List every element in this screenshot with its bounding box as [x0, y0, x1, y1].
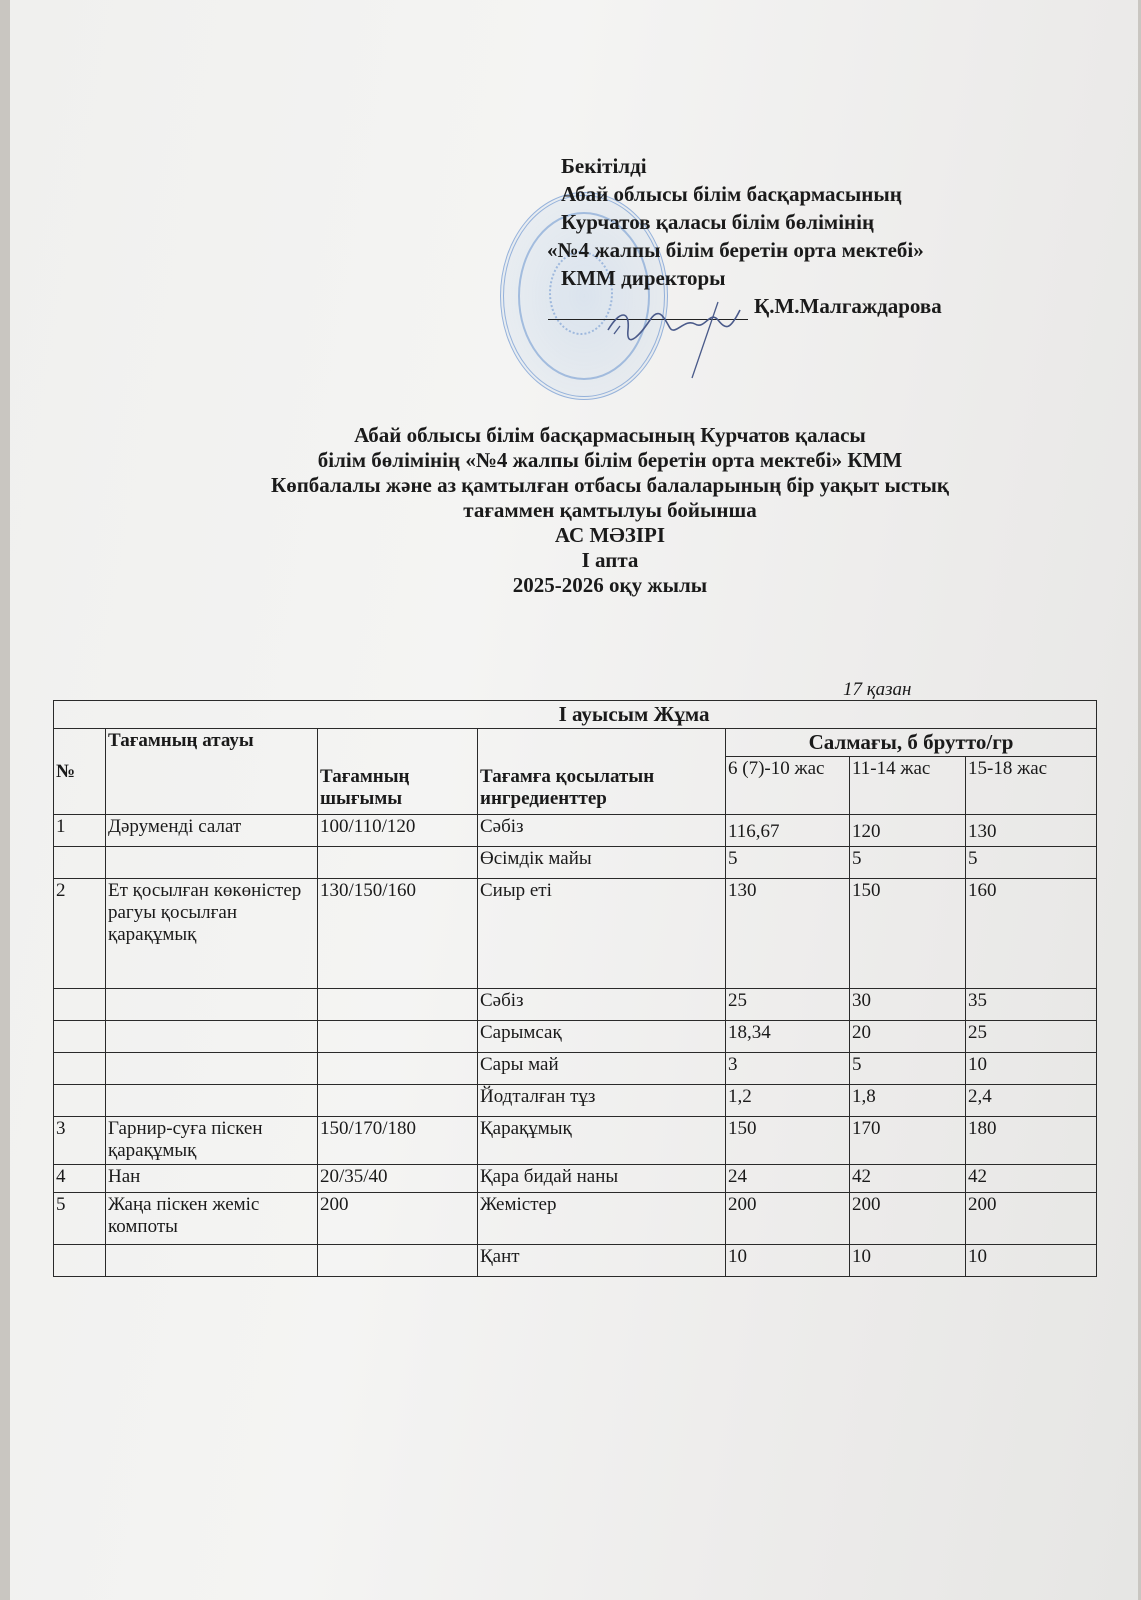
cell-age-11-14: 10	[850, 1245, 966, 1277]
cell-age-11-14: 1,8	[850, 1085, 966, 1117]
cell-age-6-10: 116,67	[726, 815, 850, 847]
shift-header: І ауысым Жұма	[54, 701, 1097, 729]
cell-ingredient: Сиыр еті	[478, 879, 726, 989]
cell-dish-name	[106, 1085, 318, 1117]
cell-no: 1	[54, 815, 106, 847]
cell-age-15-18: 130	[966, 815, 1097, 847]
header-age-6-10: 6 (7)-10 жас	[726, 757, 850, 815]
cell-output	[318, 847, 478, 879]
cell-age-11-14: 120	[850, 815, 966, 847]
table-row: Сәбіз253035	[54, 989, 1097, 1021]
cell-age-15-18: 160	[966, 879, 1097, 989]
cell-output: 130/150/160	[318, 879, 478, 989]
cell-output	[318, 1021, 478, 1053]
table-row: Қант101010	[54, 1245, 1097, 1277]
cell-ingredient: Қарақұмық	[478, 1117, 726, 1165]
cell-age-15-18: 2,4	[966, 1085, 1097, 1117]
title-line: Абай облысы білім басқармасының Курчатов…	[140, 423, 1080, 448]
cell-age-6-10: 10	[726, 1245, 850, 1277]
cell-age-6-10: 24	[726, 1165, 850, 1193]
cell-no: 2	[54, 879, 106, 989]
cell-output	[318, 1085, 478, 1117]
cell-age-11-14: 5	[850, 1053, 966, 1085]
cell-age-15-18: 10	[966, 1053, 1097, 1085]
title-line: тағаммен қамтылуы бойынша	[140, 498, 1080, 523]
table-row: 5Жаңа піскен жеміс компоты200Жемістер200…	[54, 1193, 1097, 1245]
cell-no: 3	[54, 1117, 106, 1165]
cell-ingredient: Қант	[478, 1245, 726, 1277]
cell-ingredient: Жемістер	[478, 1193, 726, 1245]
cell-output	[318, 1245, 478, 1277]
cell-age-15-18: 5	[966, 847, 1097, 879]
table-row: 1Дәрумендi салат100/110/120Сәбіз116,6712…	[54, 815, 1097, 847]
cell-dish-name: Гарнир-суға піскен қарақұмық	[106, 1117, 318, 1165]
table-row: Сарымсақ18,342025	[54, 1021, 1097, 1053]
cell-age-6-10: 5	[726, 847, 850, 879]
cell-no	[54, 1021, 106, 1053]
cell-age-11-14: 200	[850, 1193, 966, 1245]
cell-ingredient: Өсімдік майы	[478, 847, 726, 879]
header-output: Тағамның шығымы	[318, 729, 478, 815]
title-line: Көпбалалы және аз қамтылған отбасы балал…	[140, 473, 1080, 498]
cell-output	[318, 1053, 478, 1085]
header-ingredients: Тағамға қосылатын ингредиенттер	[478, 729, 726, 815]
table-row: 2Ет қосылған көкөністер рагуы қосылған қ…	[54, 879, 1097, 989]
cell-dish-name: Жаңа піскен жеміс компоты	[106, 1193, 318, 1245]
cell-age-11-14: 170	[850, 1117, 966, 1165]
cell-age-15-18: 200	[966, 1193, 1097, 1245]
cell-age-15-18: 25	[966, 1021, 1097, 1053]
menu-table: І ауысым Жұма № Тағамның атауы Тағамның …	[53, 700, 1097, 1277]
document-title: Абай облысы білім басқармасының Курчатов…	[140, 423, 1080, 598]
cell-dish-name	[106, 1021, 318, 1053]
table-row: 4Нан20/35/40Қара бидай наны244242	[54, 1165, 1097, 1193]
cell-output: 200	[318, 1193, 478, 1245]
cell-age-11-14: 42	[850, 1165, 966, 1193]
cell-dish-name	[106, 1245, 318, 1277]
cell-dish-name: Ет қосылған көкөністер рагуы қосылған қа…	[106, 879, 318, 989]
header-age-11-14: 11-14 жас	[850, 757, 966, 815]
table-row: 3Гарнир-суға піскен қарақұмық150/170/180…	[54, 1117, 1097, 1165]
cell-dish-name: Нан	[106, 1165, 318, 1193]
document-page: Бекітілді Абай облысы білім басқармасыны…	[10, 0, 1138, 1600]
cell-output: 150/170/180	[318, 1117, 478, 1165]
cell-ingredient: Сары май	[478, 1053, 726, 1085]
header-dish-name: Тағамның атауы	[106, 729, 318, 815]
week-label: І апта	[140, 548, 1080, 573]
approval-line: «№4 жалпы білім беретін орта мектебі»	[547, 236, 942, 264]
cell-no	[54, 1053, 106, 1085]
cell-dish-name	[106, 1053, 318, 1085]
cell-age-6-10: 150	[726, 1117, 850, 1165]
approval-line: Бекітілді	[561, 152, 942, 180]
table-row: Сары май3510	[54, 1053, 1097, 1085]
school-year: 2025-2026 оқу жылы	[140, 573, 1080, 598]
cell-age-15-18: 42	[966, 1165, 1097, 1193]
signer-name: Қ.М.Малгаждарова	[754, 294, 942, 318]
cell-no	[54, 989, 106, 1021]
approval-line: Курчатов қаласы білім бөлімінің	[561, 208, 942, 236]
cell-age-11-14: 5	[850, 847, 966, 879]
cell-no: 5	[54, 1193, 106, 1245]
cell-ingredient: Сәбіз	[478, 815, 726, 847]
cell-age-15-18: 35	[966, 989, 1097, 1021]
cell-age-15-18: 180	[966, 1117, 1097, 1165]
cell-ingredient: Қара бидай наны	[478, 1165, 726, 1193]
cell-output	[318, 989, 478, 1021]
approval-line: Абай облысы білім басқармасының	[561, 180, 942, 208]
cell-dish-name	[106, 989, 318, 1021]
cell-age-11-14: 30	[850, 989, 966, 1021]
cell-age-6-10: 200	[726, 1193, 850, 1245]
cell-ingredient: Сәбіз	[478, 989, 726, 1021]
header-weight-group: Салмағы, б брутто/гр	[726, 729, 1097, 757]
cell-no	[54, 1085, 106, 1117]
title-line: білім бөлімінің «№4 жалпы білім беретін …	[140, 448, 1080, 473]
cell-age-11-14: 20	[850, 1021, 966, 1053]
cell-no	[54, 1245, 106, 1277]
cell-age-6-10: 3	[726, 1053, 850, 1085]
cell-dish-name: Дәрумендi салат	[106, 815, 318, 847]
table-row: Өсімдік майы555	[54, 847, 1097, 879]
table-row: Йодталған тұз1,21,82,4	[54, 1085, 1097, 1117]
cell-ingredient: Йодталған тұз	[478, 1085, 726, 1117]
cell-dish-name	[106, 847, 318, 879]
approval-line: КММ директоры	[561, 264, 942, 292]
cell-age-6-10: 130	[726, 879, 850, 989]
cell-age-15-18: 10	[966, 1245, 1097, 1277]
menu-heading: АС МӘЗІРІ	[140, 523, 1080, 548]
cell-no: 4	[54, 1165, 106, 1193]
cell-age-6-10: 18,34	[726, 1021, 850, 1053]
signature-icon	[600, 290, 750, 380]
header-age-15-18: 15-18 жас	[966, 757, 1097, 815]
cell-age-11-14: 150	[850, 879, 966, 989]
header-no: №	[54, 729, 106, 815]
cell-output: 20/35/40	[318, 1165, 478, 1193]
cell-output: 100/110/120	[318, 815, 478, 847]
cell-age-6-10: 1,2	[726, 1085, 850, 1117]
cell-no	[54, 847, 106, 879]
cell-ingredient: Сарымсақ	[478, 1021, 726, 1053]
cell-age-6-10: 25	[726, 989, 850, 1021]
menu-date: 17 қазан	[843, 679, 911, 701]
